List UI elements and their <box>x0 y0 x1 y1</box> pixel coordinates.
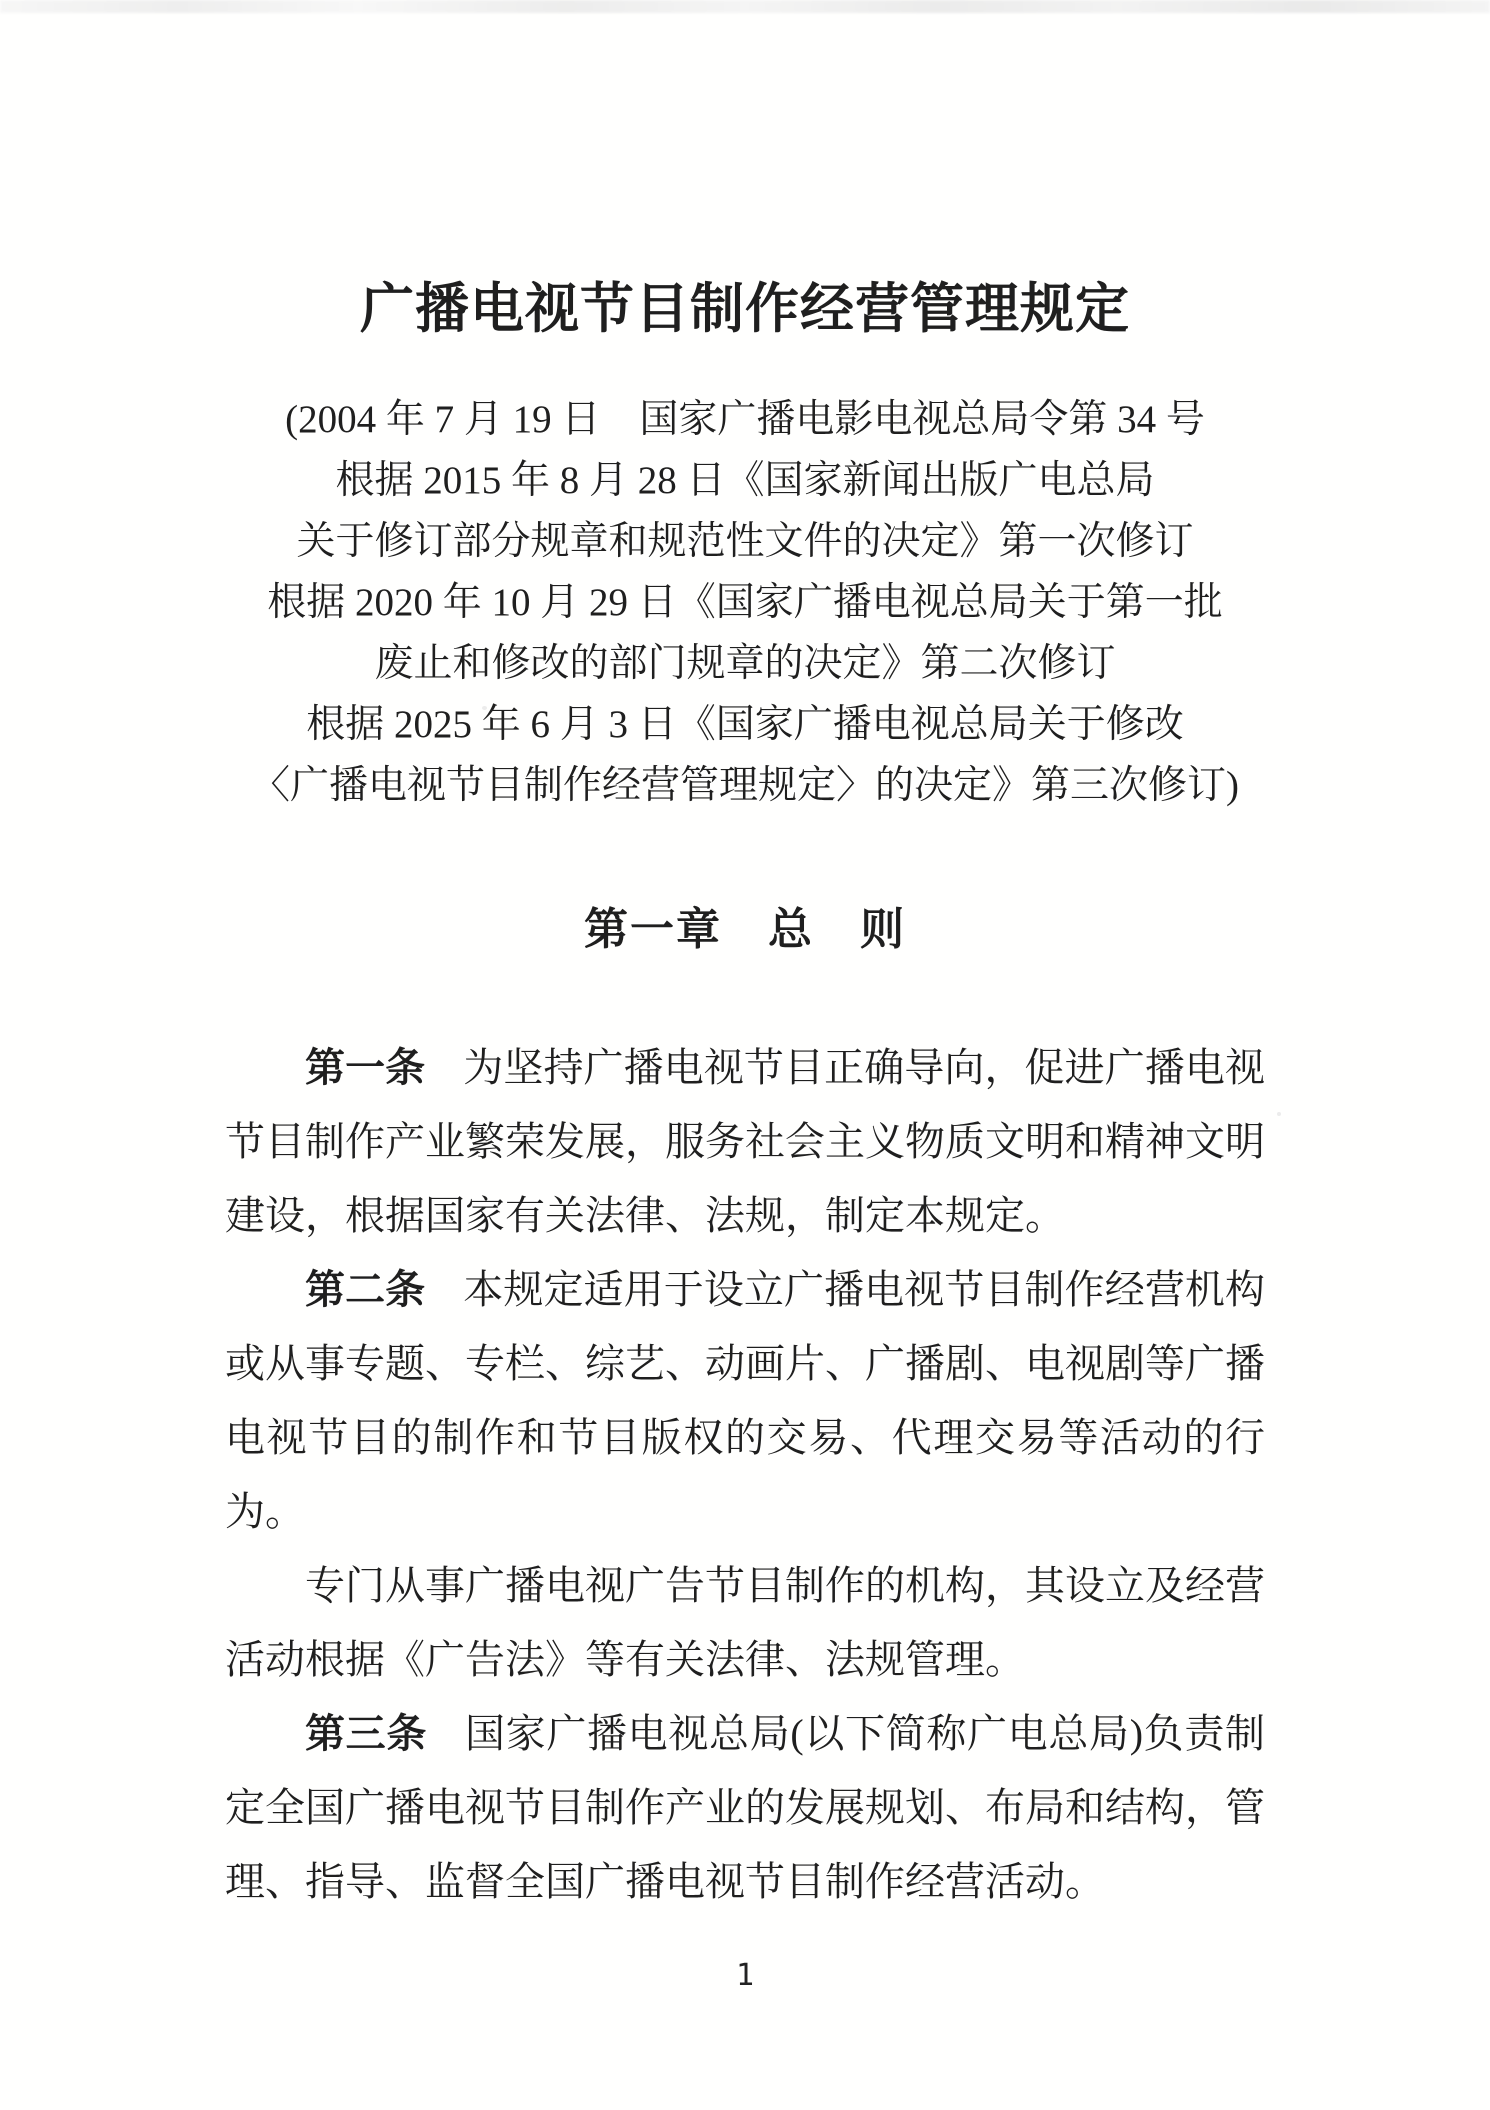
document-title: 广播电视节目制作经营管理规定 <box>225 276 1265 342</box>
preamble-line: 根据 2015 年 8 月 28 日《国家新闻出版广电总局 <box>225 450 1265 511</box>
preamble-line: (2004 年 7 月 19 日 国家广播电影电视总局令第 34 号 <box>225 389 1265 450</box>
preamble-line: 〈广播电视节目制作经营管理规定〉的决定》第三次修订) <box>225 755 1265 816</box>
page-number: 1 <box>0 1958 1490 1993</box>
article-label: 第二条 <box>305 1268 425 1312</box>
article-paragraph: 第三条国家广播电视总局(以下简称广电总局)负责制定全国广播电视节目制作产业的发展… <box>225 1697 1265 1919</box>
article-label: 第一条 <box>305 1046 425 1090</box>
preamble-line: 关于修订部分规章和规范性文件的决定》第一次修订 <box>225 511 1265 572</box>
article-text: 专门从事广播电视广告节目制作的机构，其设立及经营活动根据《广告法》等有关法律、法… <box>225 1563 1265 1682</box>
preamble-line: 根据 2025 年 6 月 3 日《国家广播电视总局关于修改 <box>225 694 1265 755</box>
article-paragraph: 第二条本规定适用于设立广播电视节目制作经营机构或从事专题、专栏、综艺、动画片、广… <box>225 1253 1265 1549</box>
article-paragraph: 第一条为坚持广播电视节目正确导向，促进广播电视节目制作产业繁荣发展，服务社会主义… <box>225 1031 1265 1253</box>
preamble-line: 根据 2020 年 10 月 29 日《国家广播电视总局关于第一批 <box>225 572 1265 633</box>
preamble: (2004 年 7 月 19 日 国家广播电影电视总局令第 34 号 根据 20… <box>225 389 1265 816</box>
document-body: 第一条为坚持广播电视节目正确导向，促进广播电视节目制作产业繁荣发展，服务社会主义… <box>225 1031 1265 1919</box>
article-paragraph: 专门从事广播电视广告节目制作的机构，其设立及经营活动根据《广告法》等有关法律、法… <box>225 1549 1265 1697</box>
document-page: 广播电视节目制作经营管理规定 (2004 年 7 月 19 日 国家广播电影电视… <box>0 0 1490 2110</box>
preamble-line: 废止和修改的部门规章的决定》第二次修订 <box>225 633 1265 694</box>
article-label: 第三条 <box>305 1712 427 1756</box>
chapter-heading: 第一章 总 则 <box>225 900 1265 960</box>
scan-speck <box>1277 1112 1281 1116</box>
document-content: 广播电视节目制作经营管理规定 (2004 年 7 月 19 日 国家广播电影电视… <box>225 0 1265 1919</box>
